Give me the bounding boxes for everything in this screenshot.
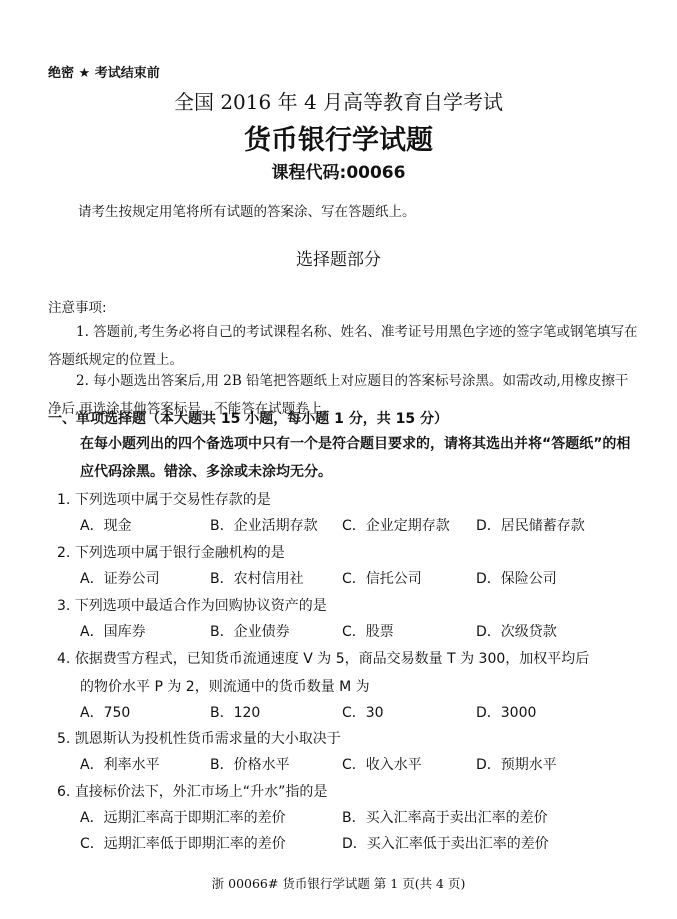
notes-title: 注意事项: xyxy=(48,296,107,316)
question-number: 3. xyxy=(57,598,70,614)
question-1: 1. 下列选项中属于交易性存款的是 xyxy=(57,489,271,509)
question-text: 凯恩斯认为投机性货币需求量的大小取决于 xyxy=(75,731,341,747)
option-b: B．120 xyxy=(210,702,260,722)
question-2: 2. 下列选项中属于银行金融机构的是 xyxy=(57,542,285,562)
option-d: D．3000 xyxy=(476,702,536,722)
question-5: 5. 凯恩斯认为投机性货币需求量的大小取决于 xyxy=(57,728,341,748)
option-b: B．农村信用社 xyxy=(210,568,304,588)
question-6: 6. 直接标价法下，外汇市场上“升水”指的是 xyxy=(57,781,327,801)
exam-title: 全国 2016 年 4 月高等教育自学考试 xyxy=(0,86,677,115)
option-c: C．30 xyxy=(342,702,384,722)
question-number: 5. xyxy=(57,731,70,747)
option-d: D．保险公司 xyxy=(476,568,557,588)
part-heading: 一、单项选择题（本大题共 15 小题，每小题 1 分，共 15 分） xyxy=(48,408,448,428)
question-text: 下列选项中属于银行金融机构的是 xyxy=(75,545,285,561)
question-text-continued: 的物价水平 P 为 2，则流通中的货币数量 M 为 xyxy=(80,676,370,696)
question-number: 1. xyxy=(57,492,70,508)
option-c: C．股票 xyxy=(342,621,394,641)
option-d: D．次级贷款 xyxy=(476,621,557,641)
question-number: 4. xyxy=(57,651,70,667)
question-4: 4. 依据费雪方程式，已知货币流通速度 V 为 5，商品交易数量 T 为 300… xyxy=(57,648,589,668)
option-c: C．远期汇率低于即期汇率的差价 xyxy=(80,833,286,853)
question-number: 2. xyxy=(57,545,70,561)
option-b: B．企业债券 xyxy=(210,621,290,641)
option-b: B．买入汇率高于卖出汇率的差价 xyxy=(342,807,548,827)
section-title: 选择题部分 xyxy=(0,245,677,270)
option-d: D．买入汇率低于卖出汇率的差价 xyxy=(342,833,549,853)
question-text: 下列选项中最适合作为回购协议资产的是 xyxy=(75,598,327,614)
option-a: A．远期汇率高于即期汇率的差价 xyxy=(80,807,286,827)
option-d: D．居民储蓄存款 xyxy=(476,515,585,535)
option-a: A．利率水平 xyxy=(80,754,160,774)
question-text: 直接标价法下，外汇市场上“升水”指的是 xyxy=(75,784,328,800)
option-b: B．价格水平 xyxy=(210,754,290,774)
subject-title: 货币银行学试题 xyxy=(0,118,677,157)
question-text: 下列选项中属于交易性存款的是 xyxy=(75,492,271,508)
page-footer: 浙 00066# 货币银行学试题 第 1 页(共 4 页) xyxy=(0,874,677,892)
option-a: A．国库券 xyxy=(80,621,146,641)
option-d: D．预期水平 xyxy=(476,754,557,774)
question-number: 6. xyxy=(57,784,70,800)
confidential-label: 绝密 ★ 考试结束前 xyxy=(48,62,160,81)
option-b: B．企业活期存款 xyxy=(210,515,318,535)
general-instruction: 请考生按规定用笔将所有试题的答案涂、写在答题纸上。 xyxy=(78,200,416,220)
question-3: 3. 下列选项中最适合作为回购协议资产的是 xyxy=(57,595,327,615)
option-a: A．证券公司 xyxy=(80,568,160,588)
course-code: 课程代码:00066 xyxy=(0,158,677,183)
option-a: A．750 xyxy=(80,702,130,722)
note-item: 1. 答题前,考生务必将自己的考试课程名称、姓名、准考证号用黑色字迹的签字笔或钢… xyxy=(48,318,638,374)
option-c: C．信托公司 xyxy=(342,568,422,588)
option-a: A．现金 xyxy=(80,515,132,535)
option-c: C．收入水平 xyxy=(342,754,422,774)
option-c: C．企业定期存款 xyxy=(342,515,450,535)
part-description: 在每小题列出的四个备选项中只有一个是符合题目要求的，请将其选出并将“答题纸”的相… xyxy=(80,430,640,486)
question-text: 依据费雪方程式，已知货币流通速度 V 为 5，商品交易数量 T 为 300，加权… xyxy=(75,651,589,667)
